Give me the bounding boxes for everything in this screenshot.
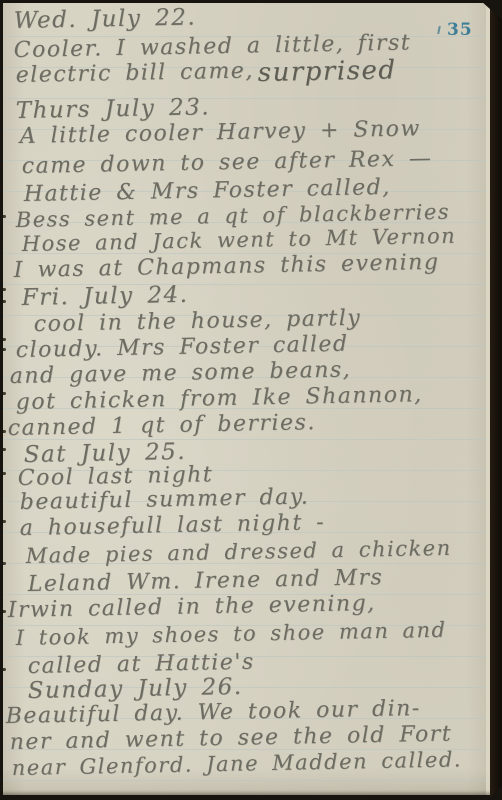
diary-line: a housefull last night - — [20, 510, 326, 541]
page-corner-bottom-right — [488, 786, 502, 800]
handwritten-text: Wed. July 22.Cooler. I washed a little, … — [0, 0, 502, 800]
page-number: 35 — [447, 20, 473, 40]
diary-line: Fri. July 24. — [22, 282, 189, 311]
page-corner-top-right — [480, 0, 502, 20]
diary-line: Wed. July 22. — [14, 5, 197, 34]
diary-line: came down to see after Rex — — [22, 146, 433, 179]
diary-line: Made pies and dressed a chicken — [26, 536, 452, 568]
photo-edge-right — [490, 0, 502, 800]
diary-line: I took my shoes to shoe man and — [16, 618, 447, 650]
photo-edge-top — [0, 0, 502, 3]
diary-line: surprised — [257, 55, 396, 88]
photo-edge-bottom — [0, 795, 502, 800]
diary-line: Thurs July 23. — [16, 94, 211, 124]
binding-edge-left — [0, 0, 3, 800]
diary-line: electric bill came, — [16, 58, 255, 88]
notebook-photo: Wed. July 22.Cooler. I washed a little, … — [0, 0, 502, 800]
diary-line: canned 1 qt of berries. — [8, 410, 317, 441]
